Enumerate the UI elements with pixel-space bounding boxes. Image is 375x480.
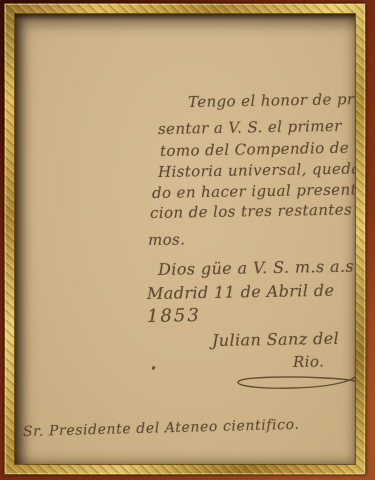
letter-body-line: cion de los tres restantes to- (150, 200, 355, 222)
letter-body-line: tomo del Compendio de la (160, 138, 355, 160)
framed-letter-photo: Tengo el honor de pre- sentar a V. S. el… (0, 0, 375, 480)
letter-body-line: do en hacer igual presenta- (152, 180, 355, 202)
letter-year: 1853 (147, 305, 201, 327)
signature: Rio. (293, 352, 325, 371)
letter-body-line: Historia universal, quedan- (158, 159, 355, 181)
gilt-frame: Tengo el honor de pre- sentar a V. S. el… (4, 3, 366, 475)
letter-valediction-line: Dios güe a V. S. m.s a.s (158, 257, 354, 279)
addressee-line: Sr. Presidente del Ateneo cientifico. (23, 417, 300, 440)
letter-paper: Tengo el honor de pre- sentar a V. S. el… (15, 14, 355, 464)
ink-blot (151, 366, 155, 371)
signature-rubric-flourish (225, 370, 355, 396)
letter-body-line: Tengo el honor de pre- (188, 90, 355, 111)
signature: Julian Sanz del (212, 329, 339, 350)
letter-body-line: mos. (148, 230, 186, 249)
letter-body-line: sentar a V. S. el primer (158, 117, 342, 138)
letter-dateline: Madrid 11 de Abril de (147, 281, 335, 303)
